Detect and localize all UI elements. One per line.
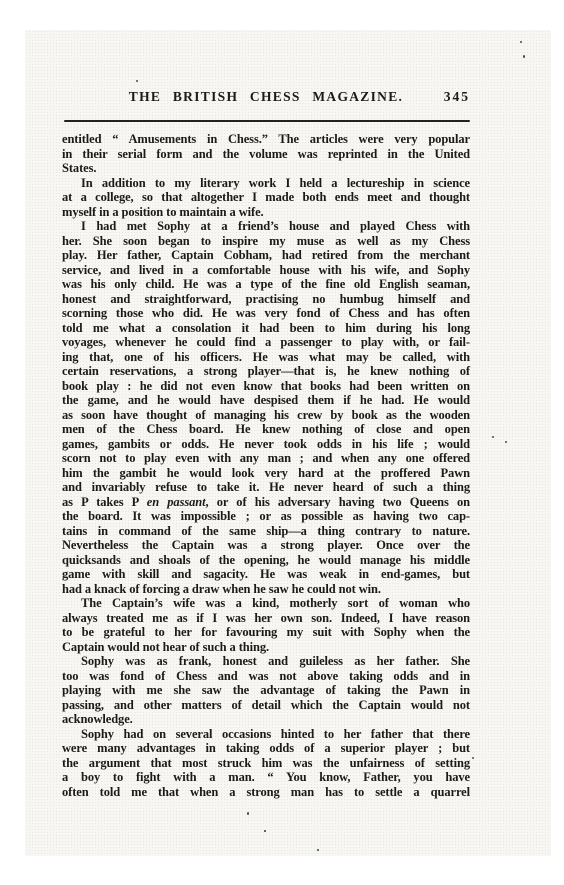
text-line: certain reservations, a strong player—th… — [62, 364, 470, 379]
text-segment: , or of his adversary having two Queens … — [205, 495, 470, 509]
text-line: playing with me she saw the advantage of… — [62, 683, 470, 698]
text-line: told me what a consolation it had been t… — [62, 321, 470, 336]
text-line: acknowledge. — [62, 712, 470, 727]
text-line: quicksands and shoals of the opening, he… — [62, 553, 470, 568]
text-line: as P takes P en passant, or of his adver… — [62, 495, 470, 510]
text-line: entitled “ Amusements in Chess.” The art… — [62, 132, 470, 147]
text-line: a boy to fight with a man. “ You know, F… — [62, 770, 470, 785]
scanned-page: THE BRITISH CHESS MAGAZINE. 345 entitled… — [0, 0, 564, 885]
text-line: in their serial form and the volume was … — [62, 147, 470, 162]
text-line: play. Her father, Captain Cobham, had re… — [62, 248, 470, 263]
scan-speck — [523, 55, 525, 58]
scan-speck — [136, 80, 138, 82]
text-line: tains in command of the same ship—a thin… — [62, 524, 470, 539]
text-line: often told me that when a strong man has… — [62, 785, 470, 800]
scan-speck — [247, 812, 249, 815]
scan-speck — [317, 849, 319, 851]
text-line: service, and lived in a comfortable hous… — [62, 263, 470, 278]
running-header: THE BRITISH CHESS MAGAZINE. 345 — [62, 88, 470, 105]
header-rule — [64, 120, 470, 122]
text-line: scorning those who did. He was very fond… — [62, 306, 470, 321]
text-line: States. — [62, 161, 470, 176]
text-line: too was fond of Chess and was not above … — [62, 669, 470, 684]
text-line: as soon have thought of managing his cre… — [62, 408, 470, 423]
paragraph: Sophy had on several occasions hinted to… — [62, 727, 470, 800]
text-block: entitled “ Amusements in Chess.” The art… — [62, 132, 470, 799]
scan-speck — [520, 41, 522, 43]
text-line: at a college, so that altogether I made … — [62, 190, 470, 205]
text-line: Nevertheless the Captain was a strong pl… — [62, 538, 470, 553]
text-segment: as P takes P — [62, 495, 147, 509]
text-line: ing that, one of his officers. He was wh… — [62, 350, 470, 365]
italic-text: en passant — [147, 495, 206, 509]
text-line: games, gambits or odds. He never took od… — [62, 437, 470, 452]
text-line: the argument that most struck him was th… — [62, 756, 470, 771]
text-line: The Captain’s wife was a kind, motherly … — [62, 596, 470, 611]
text-line: scorn not to play even with any man ; an… — [62, 451, 470, 466]
text-line: Sophy was as frank, honest and guileless… — [62, 654, 470, 669]
text-line: passing, and other matters of detail whi… — [62, 698, 470, 713]
text-line: and invariably refuse to take it. He nev… — [62, 480, 470, 495]
text-line: her. She soon began to inspire my muse a… — [62, 234, 470, 249]
paragraph: entitled “ Amusements in Chess.” The art… — [62, 132, 470, 176]
text-line: had a knack of forcing a draw when he sa… — [62, 582, 470, 597]
text-line: voyages, whenever he could find a passen… — [62, 335, 470, 350]
scan-speck — [264, 830, 266, 832]
text-line: myself in a position to maintain a wife. — [62, 205, 470, 220]
paragraph: In addition to my literary work I held a… — [62, 176, 470, 220]
scan-speck — [492, 436, 494, 438]
scan-speck — [472, 757, 474, 759]
text-line: the board. It was impossible ; or as pos… — [62, 509, 470, 524]
text-line: Sophy had on several occasions hinted to… — [62, 727, 470, 742]
text-line: was his only child. He was a type of the… — [62, 277, 470, 292]
text-line: always treated me as if I was her own so… — [62, 611, 470, 626]
text-line: the game, and he would have despised the… — [62, 393, 470, 408]
text-line: to be grateful to her for favouring my s… — [62, 625, 470, 640]
paragraph: I had met Sophy at a friend’s house and … — [62, 219, 470, 596]
text-line: In addition to my literary work I held a… — [62, 176, 470, 191]
text-line: were many advantages in taking odds of a… — [62, 741, 470, 756]
scan-speck — [505, 441, 507, 443]
text-line: book play : he did not even know that bo… — [62, 379, 470, 394]
text-line: men of the Chess board. He knew nothing … — [62, 422, 470, 437]
text-line: him the gambit he would look very hard a… — [62, 466, 470, 481]
text-line: honest and straightforward, practising n… — [62, 292, 470, 307]
text-line: I had met Sophy at a friend’s house and … — [62, 219, 470, 234]
page-number: 345 — [444, 88, 470, 105]
paragraph: Sophy was as frank, honest and guileless… — [62, 654, 470, 727]
text-line: Captain would not hear of such a thing. — [62, 640, 470, 655]
magazine-title: THE BRITISH CHESS MAGAZINE. — [62, 88, 470, 105]
text-line: game with skill and sagacity. He was wea… — [62, 567, 470, 582]
paragraph: The Captain’s wife was a kind, motherly … — [62, 596, 470, 654]
